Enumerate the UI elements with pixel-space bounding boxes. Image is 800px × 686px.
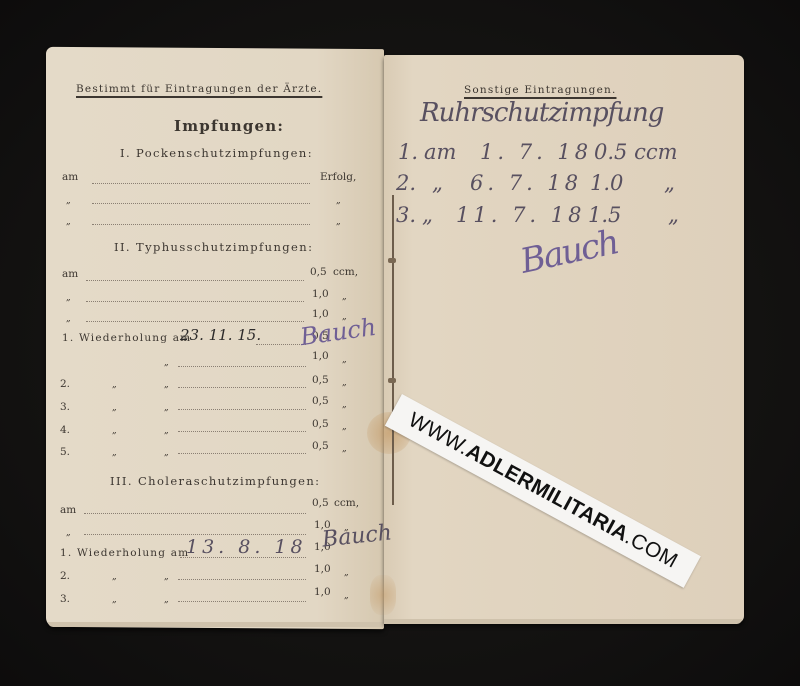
ditto-mark: „ — [164, 358, 169, 368]
entry-date: 6. 7. 18 — [470, 171, 582, 195]
fill-line — [84, 533, 306, 535]
entry-dose: 1.0 — [590, 171, 623, 195]
ditto-mark: „ — [112, 448, 117, 458]
binding-knot — [388, 258, 396, 263]
left-page-header: Bestimmt für Eintragungen der Ärzte. — [76, 83, 322, 95]
dose-value: 1,0 — [312, 308, 329, 320]
row-number: 5. — [60, 446, 70, 458]
row-number: 3. — [60, 593, 70, 605]
entry-number: 3. — [396, 203, 416, 227]
page-title: Impfungen: — [174, 117, 284, 135]
dose-value: 0,5 — [310, 266, 327, 278]
entry-date: 1. 7. 18 — [480, 140, 592, 164]
fill-line — [84, 512, 306, 514]
ditto-mark: „ — [112, 403, 117, 413]
ditto-mark: „ — [344, 591, 349, 601]
fill-line — [92, 202, 310, 204]
fill-line — [178, 452, 306, 454]
fill-line — [178, 600, 306, 602]
row-label: 1. Wiederholung am — [62, 332, 191, 344]
section-heading-smallpox: I. Pockenschutzimpfungen: — [120, 146, 313, 160]
dose-value: 1,0 — [314, 586, 331, 598]
binding-knot — [388, 378, 396, 383]
ditto-mark: „ — [66, 217, 71, 227]
left-page-edge — [48, 622, 384, 627]
dose-unit: ccm, — [333, 266, 358, 278]
ditto-mark: „ — [66, 293, 71, 303]
ditto-mark: „ — [342, 378, 347, 388]
ditto-mark: „ — [112, 380, 117, 390]
dose-value: 1,0 — [312, 350, 329, 362]
fill-line — [86, 279, 304, 281]
dose-value: 0,5 — [312, 497, 329, 509]
dose-value: 0,5 — [312, 374, 329, 386]
dose-value: 1,0 — [312, 288, 329, 300]
right-page-edge — [384, 619, 742, 624]
ditto-mark: „ — [342, 355, 347, 365]
ditto-mark: „ — [344, 568, 349, 578]
fill-line — [178, 408, 306, 410]
section-heading-cholera: III. Choleraschutzimpfungen: — [110, 474, 320, 488]
fill-line — [178, 386, 306, 388]
ditto-mark: „ — [112, 572, 117, 582]
row-number: 2. — [60, 570, 70, 582]
fill-line — [92, 182, 310, 184]
ditto-mark: „ — [342, 422, 347, 432]
binding-thread — [392, 195, 394, 505]
right-page-header: Sonstige Eintragungen. — [464, 84, 616, 96]
row-number: 3. — [60, 401, 70, 413]
handwritten-title: Ruhrschutzimpfung — [420, 98, 663, 128]
dose-value: 0,5 — [312, 418, 329, 430]
dose-unit: ccm, — [334, 497, 359, 509]
ditto-mark: „ — [432, 171, 443, 195]
row-label: 1. Wiederholung am — [60, 547, 189, 559]
ditto-mark: „ — [664, 171, 675, 195]
row-label: am — [60, 504, 76, 516]
row-label: am — [62, 268, 78, 280]
fill-line — [92, 223, 310, 225]
ditto-mark: „ — [112, 595, 117, 605]
ditto-mark: „ — [342, 400, 347, 410]
ditto-mark: „ — [336, 217, 341, 227]
handwritten-date: 23. 11. 15. — [180, 326, 261, 344]
entry-date: 11. 7. 18 — [456, 203, 586, 227]
ditto-mark: „ — [164, 572, 169, 582]
row-number: 2. — [60, 378, 70, 390]
row-label: am — [62, 171, 78, 183]
dose-value: 0,5 — [312, 440, 329, 452]
ditto-mark: „ — [342, 444, 347, 454]
entry-number: 1. — [398, 140, 418, 164]
row-suffix: Erfolg, — [320, 171, 356, 183]
fill-line — [178, 578, 306, 580]
fill-line — [178, 365, 306, 367]
ditto-mark: „ — [66, 528, 71, 538]
fill-line — [178, 430, 306, 432]
ditto-mark: „ — [164, 426, 169, 436]
water-stain — [370, 575, 396, 615]
row-number: 4. — [60, 424, 70, 436]
ditto-mark: „ — [668, 203, 679, 227]
ditto-mark: „ — [422, 203, 433, 227]
fill-line — [180, 556, 306, 558]
fill-line — [86, 300, 304, 302]
entry-number: 2. — [396, 171, 416, 195]
dose-value: 0,5 — [312, 395, 329, 407]
fill-line — [86, 320, 304, 322]
ditto-mark: „ — [164, 403, 169, 413]
open-military-passbook: Bestimmt für Eintragungen der Ärzte. Imp… — [0, 0, 800, 686]
entry-dose: 0.5 ccm — [594, 140, 678, 164]
section-heading-typhus: II. Typhusschutzimpfungen: — [114, 240, 313, 254]
ditto-mark: „ — [342, 292, 347, 302]
ditto-mark: „ — [164, 595, 169, 605]
ditto-mark: „ — [336, 196, 341, 206]
ditto-mark: „ — [112, 426, 117, 436]
ditto-mark: „ — [164, 448, 169, 458]
dose-value: 1,0 — [314, 563, 331, 575]
ditto-mark: „ — [66, 196, 71, 206]
ditto-mark: „ — [66, 314, 71, 324]
fill-line — [256, 343, 306, 345]
handwritten-date: 13. 8. 18 — [186, 536, 307, 558]
entry-word: am — [424, 140, 456, 164]
ditto-mark: „ — [164, 380, 169, 390]
